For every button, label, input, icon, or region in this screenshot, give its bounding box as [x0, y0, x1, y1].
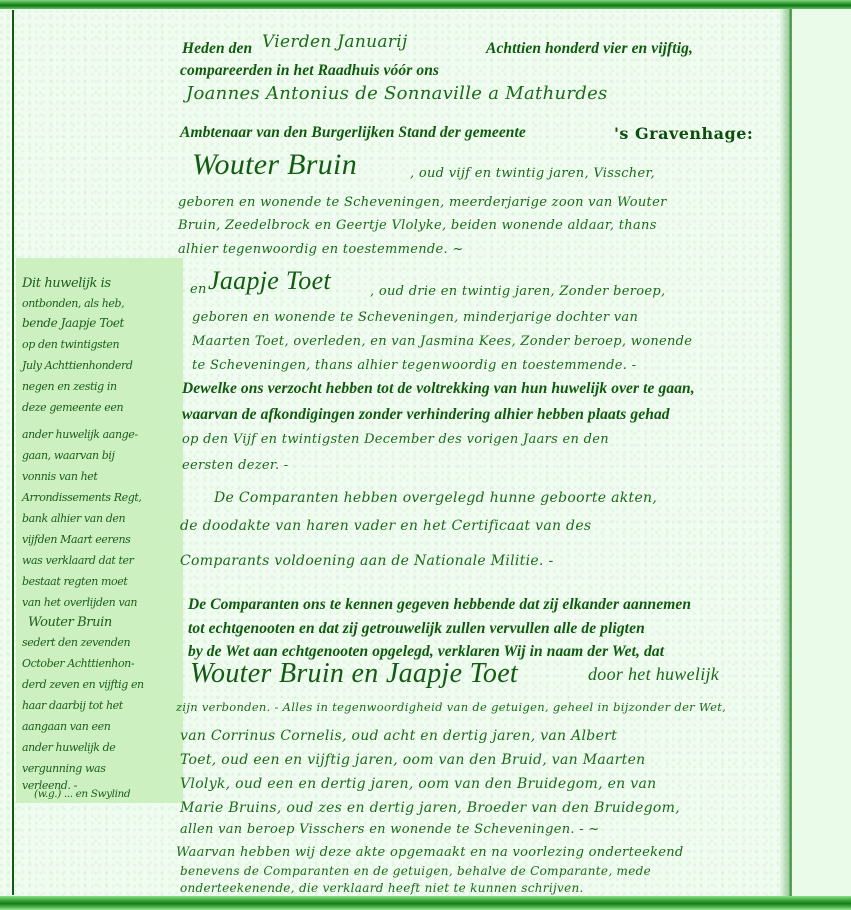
handwritten-official-name: Joannes Antonius de Sonnaville a Mathurd…: [186, 83, 608, 104]
annotation-line: Arrondissements Regt,: [22, 491, 141, 504]
annotation-line: op den twintigsten: [22, 338, 119, 351]
handwritten-text: Vlolyk, oud een en dertig jaren, oom van…: [180, 776, 656, 792]
margin-rule-line: [12, 10, 14, 895]
annotation-line: vergunning was: [22, 762, 105, 775]
annotation-line: negen en zestig in: [22, 380, 117, 393]
annotation-line: ander huwelijk de: [22, 741, 115, 754]
annotation-line: derd zeven en vijftig en: [22, 678, 144, 691]
handwritten-text: door het huwelijk: [588, 664, 719, 685]
handwritten-text: De Comparanten hebben overgelegd hunne g…: [214, 490, 657, 506]
handwritten-text: Bruin, Zeedelbrock en Geertje Vlolyke, b…: [178, 218, 657, 233]
handwritten-text: Waarvan hebben wij deze akte opgemaakt e…: [176, 845, 684, 860]
handwritten-text: , oud drie en twintig jaren, Zonder bero…: [370, 284, 665, 299]
annotation-line: vonnis van het: [22, 470, 97, 483]
annotation-line: ontbonden, als heb,: [22, 297, 124, 310]
handwritten-text: en: [190, 282, 207, 297]
handwritten-text: zijn verbonden. - Alles in tegenwoordigh…: [176, 700, 726, 714]
page-edge-shadow: [780, 9, 792, 896]
annotation-line: vijfden Maart eerens: [22, 533, 130, 546]
top-border-bar: [0, 0, 851, 9]
annotation-line: bestaat regten moet: [22, 575, 127, 588]
printed-text: Achttien honderd vier en vijftig,: [486, 40, 693, 58]
annotation-line: was verklaard dat ter: [22, 554, 134, 567]
handwritten-text: benevens de Comparanten en de getuigen, …: [180, 864, 651, 878]
annotation-line: ander huwelijk aange-: [22, 428, 138, 441]
handwritten-text: Comparants voldoening aan de Nationale M…: [180, 553, 554, 569]
handwritten-date: Vierden Januarij: [262, 32, 408, 52]
handwritten-text: Marie Bruins, oud zes en dertig jaren, B…: [180, 800, 680, 816]
handwritten-text: onderteekenende, die verklaard heeft nie…: [180, 881, 584, 895]
annotation-signature: (w.g.) ... en Swylind: [34, 788, 130, 800]
annotation-line: haar daarbij tot het: [22, 699, 123, 712]
couple-names: Wouter Bruin en Jaapje Toet: [190, 658, 518, 690]
handwritten-text: de doodakte van haren vader en het Certi…: [180, 518, 591, 534]
printed-text: compareerden in het Raadhuis vóór ons: [180, 62, 439, 80]
handwritten-text: Toet, oud een en vijftig jaren, oom van …: [180, 752, 645, 768]
annotation-line: July Achttienhonderd: [22, 359, 133, 372]
handwritten-text: eersten dezer. -: [182, 458, 289, 473]
handwritten-text: Maarten Toet, overleden, en van Jasmina …: [192, 334, 692, 349]
groom-name: Wouter Bruin: [192, 148, 357, 182]
printed-text: Ambtenaar van den Burgerlijken Stand der…: [180, 124, 526, 142]
bride-name: Jaapje Toet: [208, 266, 331, 296]
handwritten-text: geboren en wonende te Scheveningen, meer…: [178, 195, 667, 210]
annotation-line: bende Jaapje Toet: [22, 316, 124, 330]
printed-text: De Comparanten ons te kennen gegeven heb…: [188, 596, 691, 614]
annotation-line: van het overlijden van: [22, 596, 137, 609]
annotation-line: October Achttienhon-: [22, 657, 134, 670]
printed-text: waarvan de afkondigingen zonder verhinde…: [182, 406, 670, 424]
municipality-name: 's Gravenhage:: [614, 124, 753, 143]
handwritten-text: te Scheveningen, thans alhier tegenwoord…: [192, 358, 636, 373]
annotation-line: Dit huwelijk is: [22, 276, 111, 291]
handwritten-text: allen van beroep Visschers en wonende te…: [180, 822, 600, 837]
printed-text: tot echtgenooten en dat zij getrouwelijk…: [188, 620, 645, 638]
handwritten-text: op den Vijf en twintigsten December des …: [182, 432, 609, 447]
printed-text: Heden den: [182, 40, 252, 58]
printed-text: Dewelke ons verzocht hebben tot de voltr…: [182, 380, 695, 398]
bottom-border-bar: [0, 896, 851, 910]
annotation-line: bank alhier van den: [22, 512, 125, 525]
handwritten-text: alhier tegenwoordig en toestemmende. ~: [178, 242, 464, 257]
annotation-line: sedert den zevenden: [22, 636, 130, 649]
annotation-line: deze gemeente een: [22, 401, 123, 414]
handwritten-text: van Corrinus Cornelis, oud acht en derti…: [180, 728, 617, 744]
annotation-line: aangaan van een: [22, 720, 110, 733]
handwritten-text: , oud vijf en twintig jaren, Visscher,: [410, 166, 655, 181]
annotation-line: gaan, waarvan bij: [22, 449, 115, 462]
handwritten-text: geboren en wonende te Scheveningen, mind…: [192, 310, 638, 325]
annotation-line: Wouter Bruin: [28, 615, 112, 630]
